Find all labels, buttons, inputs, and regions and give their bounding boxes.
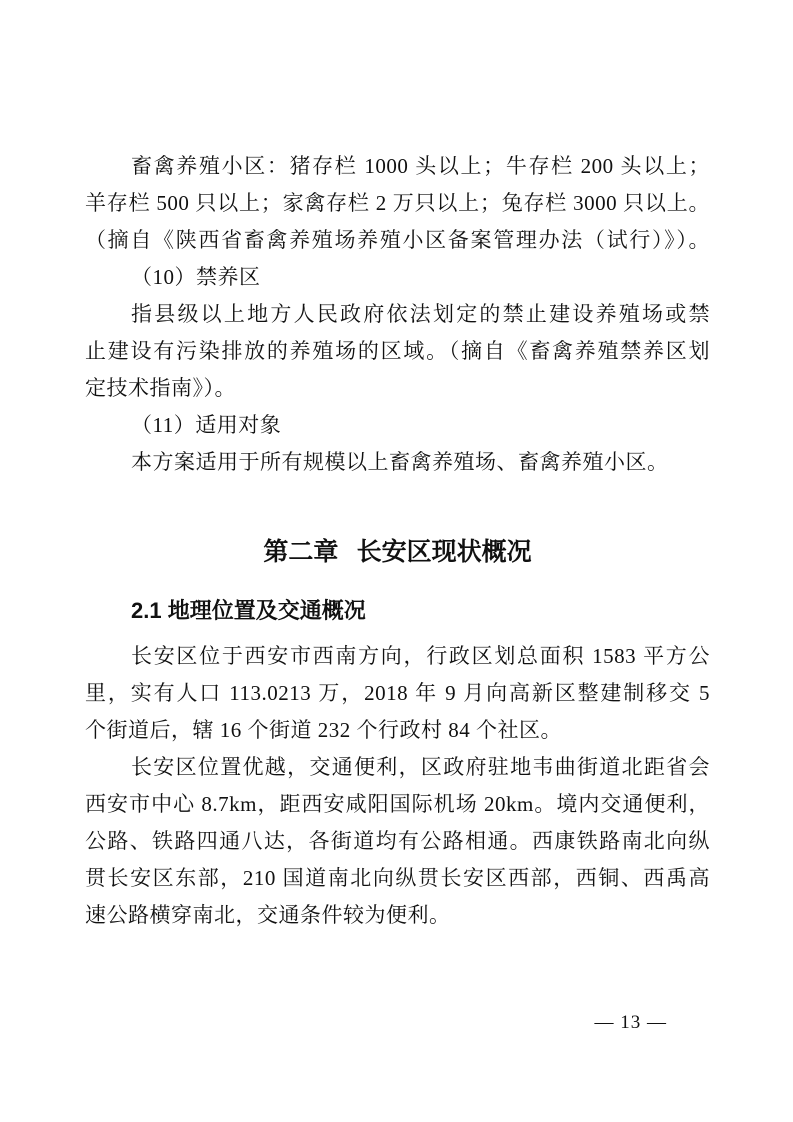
para-livestock-community-line-1: 畜禽养殖小区：猪存栏 1000 头以上；牛存栏 200 头以上； bbox=[85, 148, 710, 185]
para-livestock-community-line-3: （摘自《陕西省畜禽养殖场养殖小区备案管理办法（试行）》）。 bbox=[85, 222, 710, 259]
para-traffic-line-1: 长安区位置优越，交通便利，区政府驻地韦曲街道北距省会 bbox=[85, 749, 710, 786]
document-page: 畜禽养殖小区：猪存栏 1000 头以上；牛存栏 200 头以上； 羊存栏 500… bbox=[0, 0, 793, 1122]
para-geography-line-1: 长安区位于西安市西南方向，行政区划总面积 1583 平方公 bbox=[85, 638, 710, 675]
item-11-heading: （11）适用对象 bbox=[85, 407, 710, 444]
page-number-footer: — 13 — bbox=[595, 1008, 668, 1038]
para-no-breed-zone-line-2: 止建设有污染排放的养殖场的区域。（摘自《畜禽养殖禁养区划 bbox=[85, 333, 710, 370]
para-traffic-line-3: 公路、铁路四通八达，各街道均有公路相通。西康铁路南北向纵 bbox=[85, 823, 710, 860]
chapter-2-heading: 第二章 长安区现状概况 bbox=[85, 533, 710, 573]
para-traffic-line-4: 贯长安区东部，210 国道南北向纵贯长安区西部，西铜、西禹高 bbox=[85, 860, 710, 897]
item-10-heading: （10）禁养区 bbox=[85, 259, 710, 296]
section-2-1-heading: 2.1 地理位置及交通概况 bbox=[85, 593, 710, 629]
document-body: 畜禽养殖小区：猪存栏 1000 头以上；牛存栏 200 头以上； 羊存栏 500… bbox=[85, 148, 710, 934]
para-applicable-objects: 本方案适用于所有规模以上畜禽养殖场、畜禽养殖小区。 bbox=[85, 444, 710, 481]
section-2-1-body: 长安区位于西安市西南方向，行政区划总面积 1583 平方公 里，实有人口 113… bbox=[85, 638, 710, 934]
para-livestock-community-line-2: 羊存栏 500 只以上；家禽存栏 2 万只以上；兔存栏 3000 只以上。 bbox=[85, 185, 710, 222]
para-traffic-line-2: 西安市中心 8.7km，距西安咸阳国际机场 20km。境内交通便利， bbox=[85, 786, 710, 823]
para-no-breed-zone-line-3: 定技术指南》）。 bbox=[85, 370, 710, 407]
para-geography-line-3: 个街道后，辖 16 个街道 232 个行政村 84 个社区。 bbox=[85, 712, 710, 749]
para-geography-line-2: 里，实有人口 113.0213 万，2018 年 9 月向高新区整建制移交 5 bbox=[85, 675, 710, 712]
para-traffic-line-5: 速公路横穿南北，交通条件较为便利。 bbox=[85, 897, 710, 934]
para-no-breed-zone-line-1: 指县级以上地方人民政府依法划定的禁止建设养殖场或禁 bbox=[85, 296, 710, 333]
